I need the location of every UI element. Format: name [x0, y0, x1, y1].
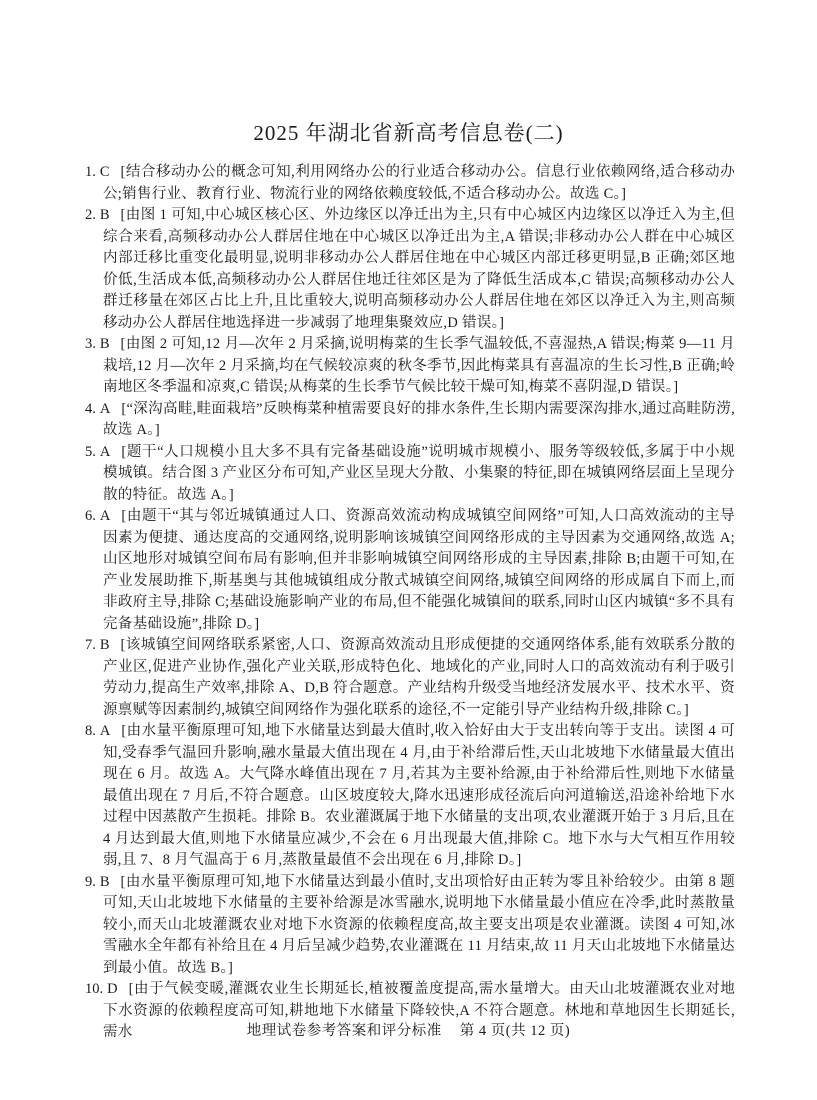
answer-explanation: [结合移动办公的概念可知,利用网络办公的行业适合移动办公。信息行业依赖网络,适合… [103, 164, 735, 202]
question-number: 6. [85, 508, 96, 524]
footer-page-number: 第 4 页(共 12 页) [460, 1023, 570, 1039]
question-number: 8. [85, 723, 96, 739]
answer-choice: A [96, 508, 121, 524]
question-number: 2. [85, 207, 96, 223]
answer-list: 1.C[结合移动办公的概念可知,利用网络办公的行业适合移动办公。信息行业依赖网络… [85, 162, 735, 1044]
answer-explanation: [由图 2 可知,12 月—次年 2 月采摘,说明梅菜的生长季气温较低,不喜湿热… [103, 336, 735, 395]
answer-choice: B [96, 207, 121, 223]
answer-choice: A [96, 401, 121, 417]
question-number: 5. [85, 444, 96, 460]
page-footer: 地理试卷参考答案和评分标准第 4 页(共 12 页) [0, 1019, 817, 1040]
exam-answer-page: 2025 年湖北省新高考信息卷(二) 1.C[结合移动办公的概念可知,利用网络办… [0, 0, 817, 1100]
answer-explanation: [由图 1 可知,中心城区核心区、外边缘区以净迁出为主,只有中心城区内边缘区以净… [103, 207, 735, 331]
page-title: 2025 年湖北省新高考信息卷(二) [0, 117, 817, 147]
answer-explanation: [“深沟高畦,畦面栽培”反映梅菜种植需要良好的排水条件,生长期内需要深沟排水,通… [103, 401, 735, 439]
question-number: 4. [85, 401, 96, 417]
answer-choice: A [96, 444, 121, 460]
answer-item-8: 8.A[由水量平衡原理可知,地下水储量达到最大值时,收入恰好由大于支出转向等于支… [85, 721, 735, 872]
answer-explanation: [该城镇空间网络联系紧密,人口、资源高效流动且形成便捷的交通网络体系,能有效联系… [103, 637, 735, 718]
question-number: 1. [85, 164, 96, 180]
answer-item-4: 4.A[“深沟高畦,畦面栽培”反映梅菜种植需要良好的排水条件,生长期内需要深沟排… [85, 399, 735, 442]
footer-doc-label: 地理试卷参考答案和评分标准 [247, 1023, 442, 1039]
answer-item-9: 9.B[由水量平衡原理可知,地下水储量达到最小值时,支出项恰好由正转为零且补给较… [85, 872, 735, 980]
answer-choice: D [103, 981, 128, 997]
answer-choice: B [96, 637, 121, 653]
answer-choice: B [96, 874, 121, 890]
answer-item-6: 6.A[由题干“其与邻近城镇通过人口、资源高效流动构成城镇空间网络”可知,人口高… [85, 506, 735, 635]
answer-explanation: [由题干“其与邻近城镇通过人口、资源高效流动构成城镇空间网络”可知,人口高效流动… [103, 508, 735, 632]
answer-explanation: [题干“人口规模小且大多不具有完备基础设施”说明城市规模小、服务等级较低,多属于… [103, 444, 735, 503]
answer-item-3: 3.B[由图 2 可知,12 月—次年 2 月采摘,说明梅菜的生长季气温较低,不… [85, 334, 735, 399]
answer-choice: A [96, 723, 121, 739]
answer-item-1: 1.C[结合移动办公的概念可知,利用网络办公的行业适合移动办公。信息行业依赖网络… [85, 162, 735, 205]
question-number: 9. [85, 874, 96, 890]
answer-explanation: [由水量平衡原理可知,地下水储量达到最大值时,收入恰好由大于支出转向等于支出。读… [103, 723, 735, 868]
question-number: 7. [85, 637, 96, 653]
question-number: 3. [85, 336, 96, 352]
answer-choice: B [96, 336, 121, 352]
answer-item-5: 5.A[题干“人口规模小且大多不具有完备基础设施”说明城市规模小、服务等级较低,… [85, 442, 735, 507]
answer-item-2: 2.B[由图 1 可知,中心城区核心区、外边缘区以净迁出为主,只有中心城区内边缘… [85, 205, 735, 334]
answer-choice: C [96, 164, 121, 180]
question-number: 10. [85, 981, 103, 997]
answer-item-7: 7.B[该城镇空间网络联系紧密,人口、资源高效流动且形成便捷的交通网络体系,能有… [85, 635, 735, 721]
answer-explanation: [由水量平衡原理可知,地下水储量达到最小值时,支出项恰好由正转为零且补给较少。由… [103, 874, 735, 976]
